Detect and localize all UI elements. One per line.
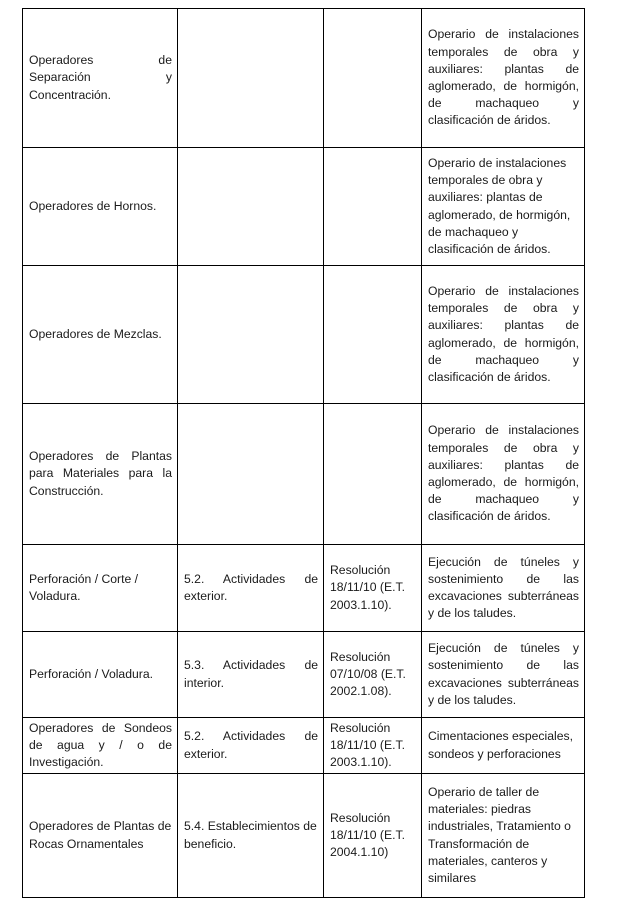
resolution-cell xyxy=(324,404,422,545)
operator-cell: Perforación / Corte / Voladura. xyxy=(23,545,178,632)
operator-cell: Operadores de Mezclas. xyxy=(23,266,178,404)
activity-cell: 5.2. Actividades de exterior. xyxy=(178,718,324,774)
specialty-cell: Ejecución de túneles y sostenimiento de … xyxy=(422,632,585,718)
specialty-cell: Operario de instalaciones temporales de … xyxy=(422,9,585,148)
operator-cell: Operadores de Sondeos de agua y / o de I… xyxy=(23,718,178,774)
activity-cell xyxy=(178,9,324,148)
resolution-cell: Resolución 07/10/08 (E.T. 2002.1.08). xyxy=(324,632,422,718)
activity-cell: 5.4. Establecimientos de beneficio. xyxy=(178,774,324,898)
operators-table: Operadores de Separación y Concentración… xyxy=(22,8,585,898)
table-row: Operadores de Separación y Concentración… xyxy=(23,9,585,148)
table-row: Operadores de Plantas para Materiales pa… xyxy=(23,404,585,545)
specialty-cell: Operario de instalaciones temporales de … xyxy=(422,404,585,545)
specialty-cell: Operario de instalaciones temporales de … xyxy=(422,148,585,266)
resolution-cell xyxy=(324,9,422,148)
table-row: Operadores de Plantas de Rocas Ornamenta… xyxy=(23,774,585,898)
resolution-cell: Resolución 18/11/10 (E.T. 2003.1.10). xyxy=(324,718,422,774)
activity-cell: 5.3. Actividades de interior. xyxy=(178,632,324,718)
specialty-cell: Operario de instalaciones temporales de … xyxy=(422,266,585,404)
operator-cell: Operadores de Plantas de Rocas Ornamenta… xyxy=(23,774,178,898)
specialty-cell: Cimentaciones especiales, sondeos y perf… xyxy=(422,718,585,774)
table-row: Operadores de Hornos. Operario de instal… xyxy=(23,148,585,266)
table-row: Operadores de Sondeos de agua y / o de I… xyxy=(23,718,585,774)
table-row: Operadores de Mezclas. Operario de insta… xyxy=(23,266,585,404)
operator-cell: Perforación / Voladura. xyxy=(23,632,178,718)
resolution-cell: Resolución 18/11/10 (E.T. 2004.1.10) xyxy=(324,774,422,898)
operator-cell: Operadores de Hornos. xyxy=(23,148,178,266)
specialty-cell: Operario de taller de materiales: piedra… xyxy=(422,774,585,898)
specialty-cell: Ejecución de túneles y sostenimiento de … xyxy=(422,545,585,632)
activity-cell: 5.2. Actividades de exterior. xyxy=(178,545,324,632)
table-row: Perforación / Voladura. 5.3. Actividades… xyxy=(23,632,585,718)
operator-cell: Operadores de Plantas para Materiales pa… xyxy=(23,404,178,545)
activity-cell xyxy=(178,148,324,266)
resolution-cell xyxy=(324,266,422,404)
resolution-cell xyxy=(324,148,422,266)
activity-cell xyxy=(178,404,324,545)
resolution-cell: Resolución 18/11/10 (E.T. 2003.1.10). xyxy=(324,545,422,632)
activity-cell xyxy=(178,266,324,404)
table-row: Perforación / Corte / Voladura. 5.2. Act… xyxy=(23,545,585,632)
operator-cell: Operadores de Separación y Concentración… xyxy=(23,9,178,148)
